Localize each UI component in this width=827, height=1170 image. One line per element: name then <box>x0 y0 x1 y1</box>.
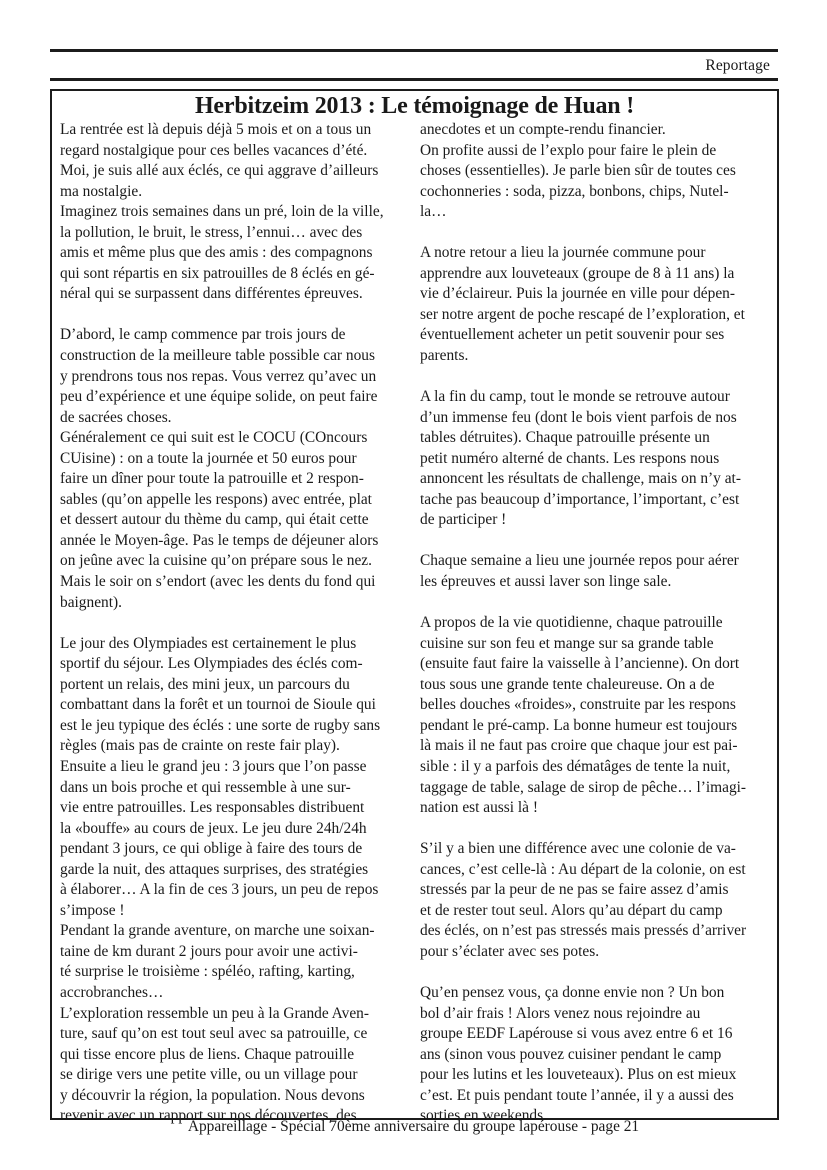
article-column-left: La rentrée est là depuis déjà 5 mois et … <box>60 120 410 1127</box>
page-footer: Appareillage - Spécial 70ème anniversair… <box>0 1118 827 1136</box>
article-box: Herbitzeim 2013 : Le témoignage de Huan … <box>50 89 779 1120</box>
paragraph: D’abord, le camp commence par trois jour… <box>60 325 410 613</box>
header-top-rule <box>50 49 778 52</box>
paragraph: S’il y a bien une différence avec une co… <box>420 839 772 962</box>
article-title: Herbitzeim 2013 : Le témoignage de Huan … <box>52 93 777 120</box>
paragraph: A la fin du camp, tout le monde se retro… <box>420 387 772 531</box>
header-bottom-rule <box>50 78 778 81</box>
paragraph: anecdotes et un compte-rendu financier. … <box>420 120 772 223</box>
paragraph: Chaque semaine a lieu une journée repos … <box>420 551 772 592</box>
paragraph: Qu’en pensez vous, ça donne envie non ? … <box>420 983 772 1127</box>
paragraph: A notre retour a lieu la journée commune… <box>420 243 772 366</box>
paragraph: A propos de la vie quotidienne, chaque p… <box>420 613 772 818</box>
section-label: Reportage <box>705 57 770 75</box>
paragraph: Le jour des Olympiades est certainement … <box>60 634 410 1127</box>
paragraph: La rentrée est là depuis déjà 5 mois et … <box>60 120 410 305</box>
article-column-right: anecdotes et un compte-rendu financier. … <box>420 120 772 1127</box>
